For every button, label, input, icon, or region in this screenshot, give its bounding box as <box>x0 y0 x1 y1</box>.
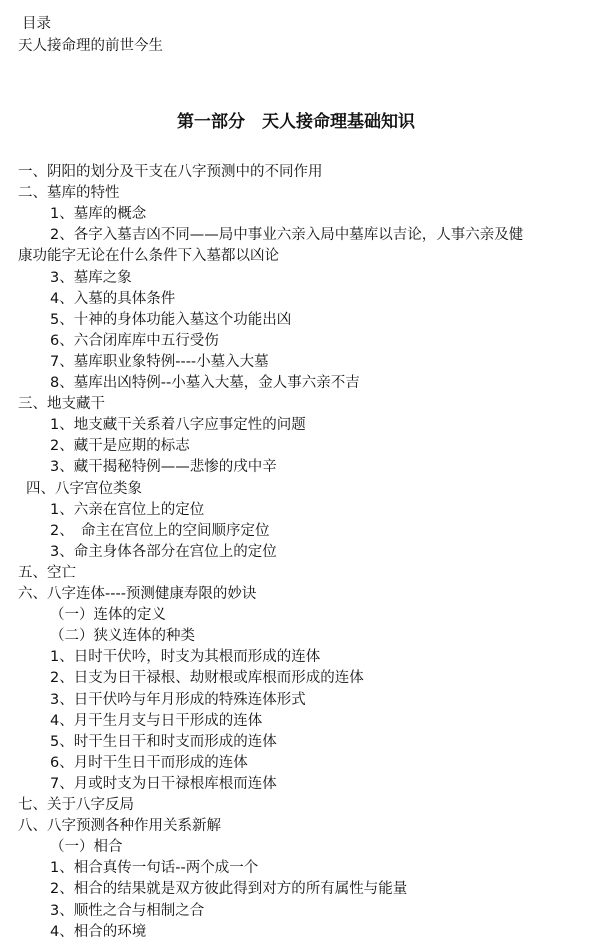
toc-entry: 2、日支为日干禄根、劫财根或库根而形成的连体 <box>50 668 364 689</box>
toc-entry: 4、相合的环境 <box>50 922 146 943</box>
toc-entry: （一）连体的定义 <box>50 605 166 626</box>
toc-entry: 2、藏干是应期的标志 <box>50 436 190 457</box>
toc-entry: 1、墓库的概念 <box>50 204 146 225</box>
toc-entry: 一、阴阳的划分及干支在八字预测中的不同作用 <box>18 162 323 183</box>
toc-entry: 3、顺性之合与相制之合 <box>50 901 204 922</box>
toc-entry: 3、命主身体各部分在宫位上的定位 <box>50 542 277 563</box>
toc-entry: 3、墓库之象 <box>50 268 132 289</box>
toc-entry: 2、 命主在宫位上的空间顺序定位 <box>50 521 269 542</box>
toc-entry: 二、墓库的特性 <box>18 183 120 204</box>
toc-entry: （二）狭义连体的种类 <box>50 626 195 647</box>
toc-entry: （一）相合 <box>50 837 123 858</box>
toc-entry: 七、关于八字反局 <box>18 795 134 816</box>
toc-entry: 1、相合真传一句话--两个成一个 <box>50 858 258 879</box>
toc-entry: 8、墓库出凶特例--小墓入大墓，金人事六亲不吉 <box>50 373 360 394</box>
toc-entry: 4、入墓的具体条件 <box>50 289 175 310</box>
toc-entry: 6、月时干生日干而形成的连体 <box>50 753 248 774</box>
book-title: 天人接命理的前世今生 <box>18 36 163 57</box>
toc-entry: 6、六合闭库库中五行受伤 <box>50 331 219 352</box>
toc-entry: 2、各字入墓吉凶不同——局中事业六亲入局中墓库以吉论，人事六亲及健 <box>50 225 523 246</box>
toc-entry: 3、日干伏吟与年月形成的特殊连体形式 <box>50 690 306 711</box>
toc-entry: 2、相合的结果就是双方彼此得到对方的所有属性与能量 <box>50 879 407 900</box>
toc-entry: 5、十神的身体功能入墓这个功能出凶 <box>50 310 291 331</box>
toc-entry: 康功能字无论在什么条件下入墓都以凶论 <box>18 246 279 267</box>
toc-entry: 六、八字连体----预测健康寿限的妙诀 <box>18 584 256 605</box>
toc-entry: 1、地支藏干关系着八字应事定性的问题 <box>50 415 306 436</box>
toc-entry: 三、地支藏干 <box>18 394 105 415</box>
toc-entry: 7、墓库职业象特例----小墓入大墓 <box>50 352 269 373</box>
toc-entry: 1、日时干伏吟，时支为其根而形成的连体 <box>50 647 320 668</box>
toc-entry: 四、八字宫位类象 <box>26 479 142 500</box>
toc-entry: 五、空亡 <box>18 563 76 584</box>
toc-entry: 5、时干生日干和时支而形成的连体 <box>50 732 277 753</box>
toc-label: 目录 <box>22 14 51 35</box>
toc-entry: 4、月干生月支与日干形成的连体 <box>50 711 262 732</box>
toc-entry: 八、八字预测各种作用关系新解 <box>18 816 221 837</box>
toc-entry: 3、藏干揭秘特例——悲惨的戌中辛 <box>50 457 277 478</box>
toc-entry: 1、六亲在宫位上的定位 <box>50 500 204 521</box>
toc-entry: 7、月或时支为日干禄根库根而连体 <box>50 774 277 795</box>
part-title: 第一部分 天人接命理基础知识 <box>0 109 592 135</box>
